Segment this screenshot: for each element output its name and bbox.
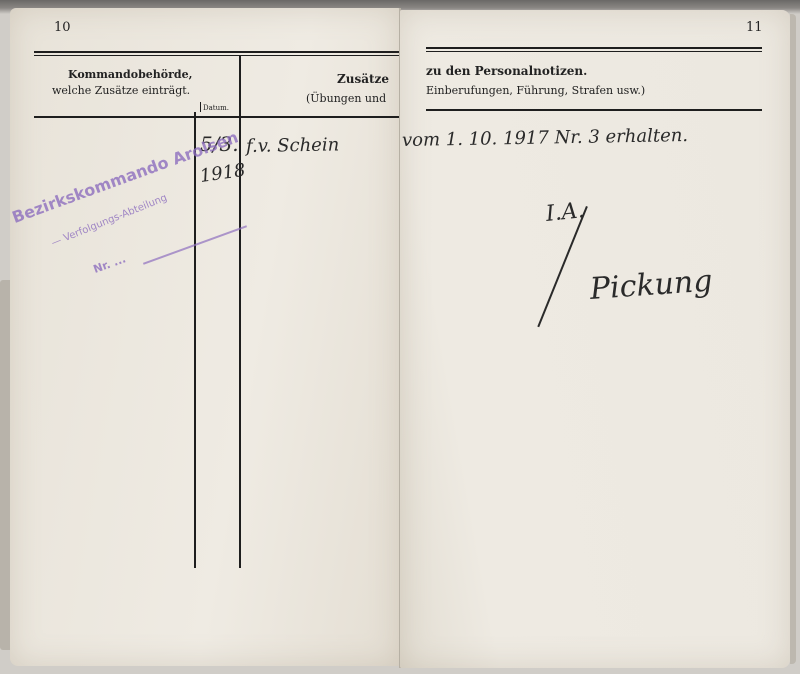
left-page: 10 Kommandobehörde, welche Zusätze eintr… bbox=[10, 8, 400, 666]
column-divider bbox=[239, 56, 241, 568]
stamp-line3: Nr. ... bbox=[92, 252, 128, 276]
date-column-line bbox=[194, 112, 196, 568]
entry-text-right: vom 1. 10. 1917 Nr. 3 erhalten. bbox=[402, 125, 688, 151]
header-conscriptions: Einberufungen, Führung, Strafen usw.) bbox=[426, 84, 645, 97]
header-date: Datum. bbox=[203, 104, 229, 112]
entry-text-left: f.v. Schein bbox=[246, 134, 340, 157]
date-tick bbox=[200, 102, 201, 112]
right-page: 11 zu den Personalnotizen. Einberufungen… bbox=[400, 10, 790, 668]
page-number-left: 10 bbox=[54, 20, 71, 35]
header-exercises: (Übungen und bbox=[306, 92, 386, 105]
page-number-right: 11 bbox=[746, 20, 763, 35]
header-command-authority: Kommandobehörde, bbox=[68, 68, 192, 81]
page-stack-edge-left bbox=[0, 280, 10, 650]
page-stack-edge-right bbox=[790, 14, 796, 664]
header-additions: Zusätze bbox=[337, 72, 389, 86]
header-command-authority-sub: welche Zusätze einträgt. bbox=[52, 84, 190, 97]
header-top-rule-right bbox=[426, 47, 762, 49]
signature-name: Pickung bbox=[589, 263, 714, 306]
header-top-rule-thin-right bbox=[426, 51, 762, 52]
header-personal-notes: zu den Personalnotizen. bbox=[426, 64, 587, 78]
header-bottom-rule-right bbox=[426, 109, 762, 111]
header-top-rule-thin bbox=[34, 55, 400, 56]
header-bottom-rule bbox=[34, 116, 400, 118]
header-top-rule bbox=[34, 51, 400, 53]
